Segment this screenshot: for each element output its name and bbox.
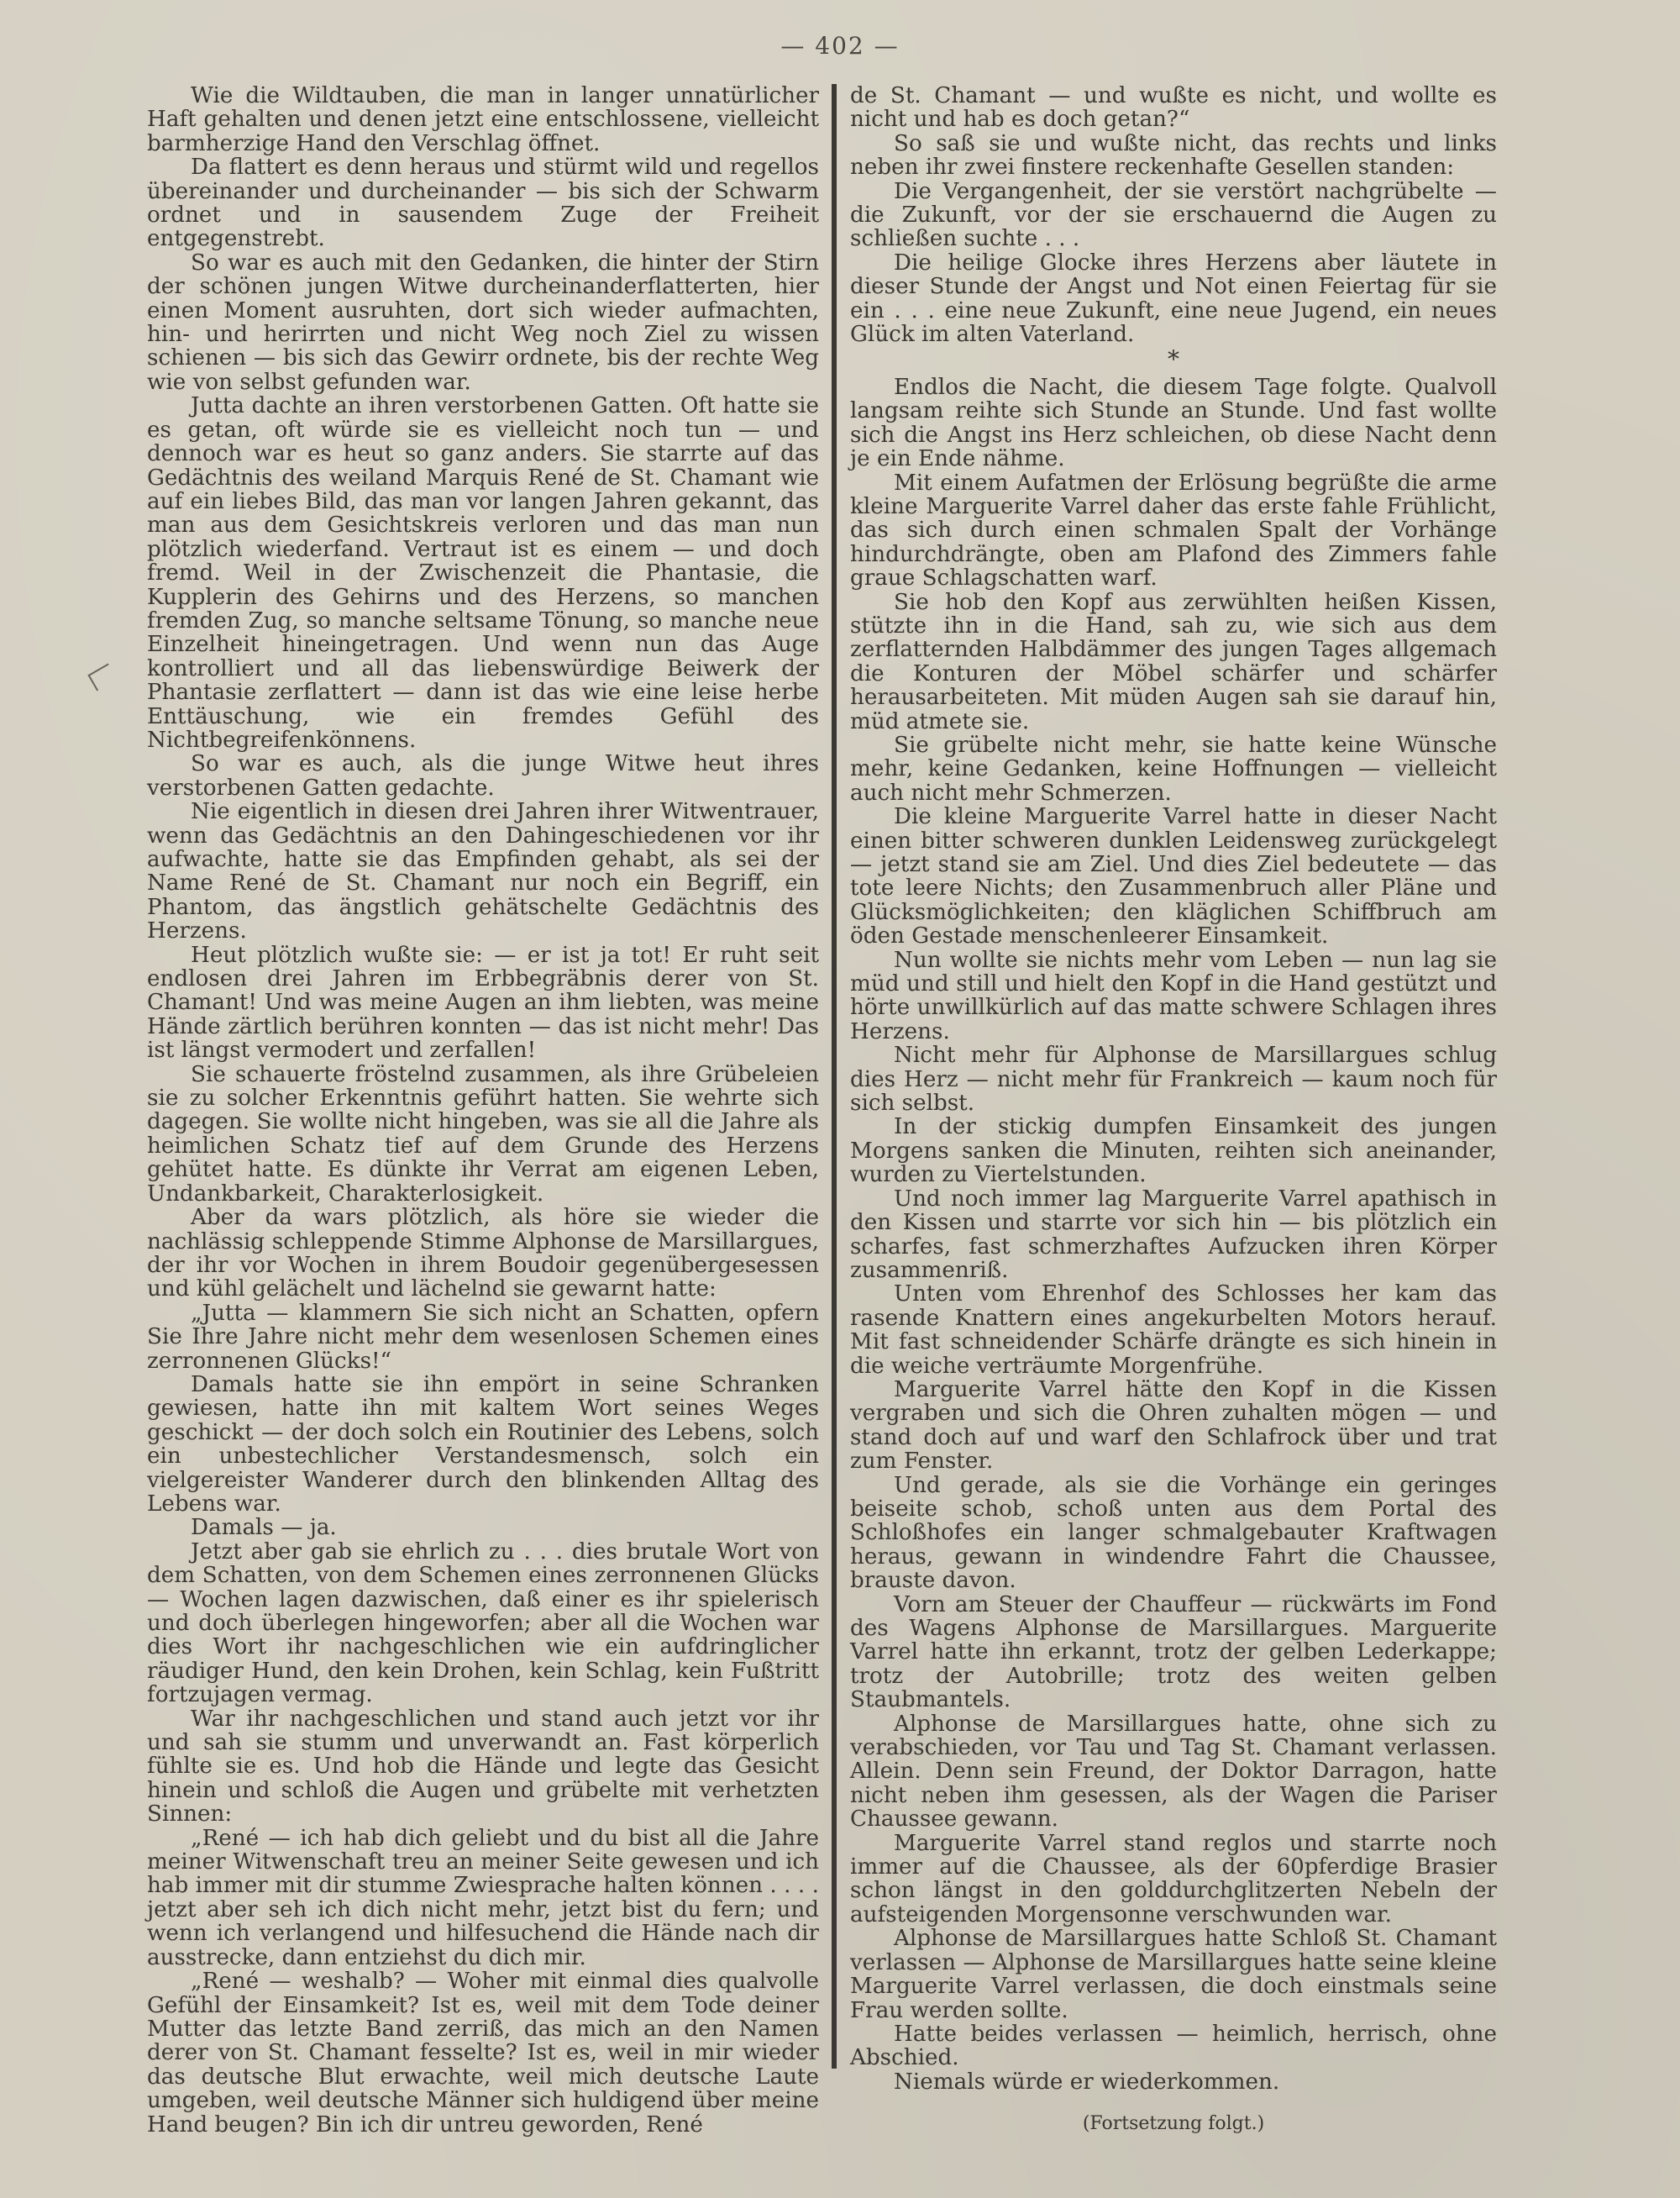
paragraph: Damals — ja. <box>147 1516 819 1539</box>
paragraph: Sie schauerte fröstelnd zusammen, als ih… <box>147 1063 819 1206</box>
paragraph: Nun wollte sie nichts mehr vom Leben — n… <box>850 949 1497 1044</box>
column-divider-rule <box>832 84 837 2069</box>
continued-paragraph: de St. Chamant — und wußte es nicht, und… <box>850 84 1497 132</box>
paragraph: Die Vergangenheit, der sie verstört nach… <box>850 180 1497 251</box>
paragraph: Alphonse de Marsillargues hatte, ohne si… <box>850 1712 1497 1832</box>
paragraph: Jetzt aber gab sie ehrlich zu . . . dies… <box>147 1540 819 1707</box>
paragraph: Unten vom Ehrenhof des Schlosses her kam… <box>850 1282 1497 1378</box>
page-number: — 402 — <box>0 32 1680 60</box>
quote-paragraph: „René — weshalb? — Woher mit einmal dies… <box>147 1969 819 2137</box>
continuation-note: (Fortsetzung folgt.) <box>850 2112 1497 2136</box>
paragraph: Und gerade, als sie die Vorhänge ein ger… <box>850 1474 1497 1593</box>
paragraph: Jutta dachte an ihren verstorbenen Gatte… <box>147 394 819 752</box>
paragraph: Aber da wars plötzlich, als höre sie wie… <box>147 1206 819 1301</box>
paragraph: Wie die Wildtauben, die man in langer un… <box>147 84 819 155</box>
quote-paragraph: „Jutta — klammern Sie sich nicht an Scha… <box>147 1301 819 1373</box>
right-column: de St. Chamant — und wußte es nicht, und… <box>850 84 1497 2137</box>
paragraph: Nie eigentlich in diesen drei Jahren ihr… <box>147 800 819 943</box>
paragraph: So saß sie und wußte nicht, das rechts u… <box>850 132 1497 180</box>
paragraph: Sie hob den Kopf aus zerwühlten heißen K… <box>850 591 1497 734</box>
handwritten-margin-mark-icon <box>87 663 117 691</box>
paragraph: Und noch immer lag Marguerite Varrel apa… <box>850 1187 1497 1283</box>
paragraph: Marguerite Varrel hätte den Kopf in die … <box>850 1378 1497 1474</box>
paragraph: Niemals würde er wiederkommen. <box>850 2070 1497 2094</box>
paragraph: So war es auch mit den Gedanken, die hin… <box>147 251 819 394</box>
paragraph: Hatte beides verlassen — heimlich, herri… <box>850 2022 1497 2070</box>
paragraph: Endlos die Nacht, die diesem Tage folgte… <box>850 376 1497 471</box>
left-column: Wie die Wildtauben, die man in langer un… <box>147 84 819 2137</box>
quote-paragraph: „René — ich hab dich geliebt und du bist… <box>147 1827 819 1969</box>
paragraph: Mit einem Aufatmen der Erlösung begrüßte… <box>850 471 1497 591</box>
paragraph: So war es auch, als die junge Witwe heut… <box>147 752 819 800</box>
paragraph: Nicht mehr für Alphonse de Marsillargues… <box>850 1044 1497 1115</box>
section-break-asterisk-icon: * <box>850 348 1497 371</box>
paragraph: Die heilige Glocke ihres Herzens aber lä… <box>850 251 1497 347</box>
paragraph: Vorn am Steuer der Chauffeur — rückwärts… <box>850 1593 1497 1712</box>
newspaper-page: — 402 — Wie die Wildtauben, die man in l… <box>0 0 1680 2198</box>
paragraph: Sie grübelte nicht mehr, sie hatte keine… <box>850 734 1497 805</box>
paragraph: Heut plötzlich wußte sie: — er ist ja to… <box>147 944 819 1063</box>
paragraph: Damals hatte sie ihn empört in seine Sch… <box>147 1373 819 1516</box>
paragraph: Da flattert es denn heraus und stürmt wi… <box>147 155 819 251</box>
paragraph: Marguerite Varrel stand reglos und starr… <box>850 1832 1497 1927</box>
paragraph: In der stickig dumpfen Einsamkeit des ju… <box>850 1115 1497 1186</box>
paragraph: Alphonse de Marsillargues hatte Schloß S… <box>850 1927 1497 2022</box>
paragraph: War ihr nachgeschlichen und stand auch j… <box>147 1707 819 1827</box>
paragraph: Die kleine Marguerite Varrel hatte in di… <box>850 805 1497 948</box>
